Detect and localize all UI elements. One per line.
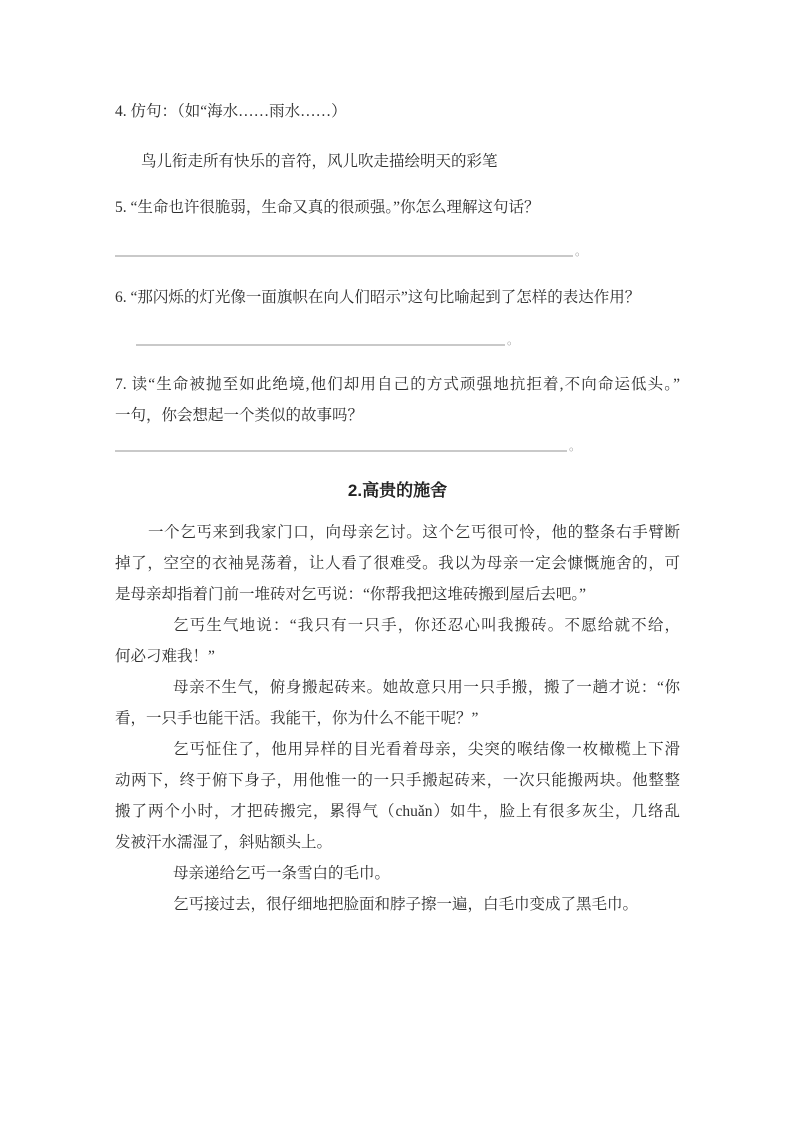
paragraph-line: 看，一只手也能干活。我能干，你为什么不能干呢？”: [115, 703, 680, 734]
passage-paragraph-2: 乞丐生气地说：“我只有一只手，你还忍心叫我搬砖。不愿给就不给， 何必刁难我！”: [115, 610, 680, 672]
paragraph-line: 动两下，终于俯下身子，用他惟一的一只手搬起砖来，一次只能搬两块。他整整: [115, 765, 680, 796]
question-4: 4. 仿句：（如“海水……雨水……）: [115, 96, 680, 127]
paragraph-line: 何必刁难我！”: [115, 641, 680, 672]
passage-paragraph-5: 母亲递给乞丐一条雪白的毛巾。: [115, 858, 680, 889]
paragraph-line: 乞丐怔住了，他用异样的目光看着母亲，尖突的喉结像一枚橄榄上下滑: [115, 734, 680, 765]
paragraph-line: 是母亲却指着门前一堆砖对乞丐说：“你帮我把这堆砖搬到屋后去吧。”: [115, 579, 680, 610]
answer-blank-1: 。: [115, 236, 680, 268]
paragraph-line: 乞丐接过去，很仔细地把脸面和脖子擦一遍，白毛巾变成了黑毛巾。: [115, 889, 680, 920]
answer-blank-period: 。: [507, 333, 519, 347]
question-4-example: 鸟儿衔走所有快乐的音符，风儿吹走描绘明天的彩笔: [115, 146, 680, 177]
answer-blank-period: 。: [575, 244, 587, 258]
paragraph-line: 乞丐生气地说：“我只有一只手，你还忍心叫我搬砖。不愿给就不给，: [115, 610, 680, 641]
question-6: 6. “那闪烁的灯光像一面旗帜在向人们昭示”这句比喻起到了怎样的表达作用？: [115, 282, 680, 313]
answer-rule: [115, 242, 573, 257]
passage-paragraph-3: 母亲不生气，俯身搬起砖来。她故意只用一只手搬，搬了一趟才说：“你 看，一只手也能…: [115, 672, 680, 734]
passage-paragraph-4: 乞丐怔住了，他用异样的目光看着母亲，尖突的喉结像一枚橄榄上下滑 动两下，终于俯下…: [115, 734, 680, 858]
answer-rule: [136, 331, 505, 346]
question-7-line-2: 一句，你会想起一个类似的故事吗？: [115, 400, 680, 431]
question-5: 5. “生命也许很脆弱，生命又真的很顽强。”你怎么理解这句话？: [115, 192, 680, 223]
question-7: 7. 读“生命被抛至如此绝境,他们却用自己的方式顽强地抗拒着,不向命运低头。” …: [115, 369, 680, 431]
paragraph-line: 母亲不生气，俯身搬起砖来。她故意只用一只手搬，搬了一趟才说：“你: [115, 672, 680, 703]
passage-paragraph-6: 乞丐接过去，很仔细地把脸面和脖子擦一遍，白毛巾变成了黑毛巾。: [115, 889, 680, 920]
question-7-line-1: 7. 读“生命被抛至如此绝境,他们却用自己的方式顽强地抗拒着,不向命运低头。”: [115, 369, 680, 400]
paragraph-line: 母亲递给乞丐一条雪白的毛巾。: [115, 858, 680, 889]
passage-title: 2.高贵的施舍: [115, 475, 680, 506]
answer-blank-period: 。: [569, 439, 581, 453]
answer-blank-2: 。: [115, 325, 680, 357]
paragraph-line: 一个乞丐来到我家门口，向母亲乞讨。这个乞丐很可怜，他的整条右手臂断: [115, 517, 680, 548]
passage-paragraph-1: 一个乞丐来到我家门口，向母亲乞讨。这个乞丐很可怜，他的整条右手臂断 掉了，空空的…: [115, 517, 680, 610]
document-page: 4. 仿句：（如“海水……雨水……） 鸟儿衔走所有快乐的音符，风儿吹走描绘明天的…: [0, 0, 793, 1122]
paragraph-line: 掉了，空空的衣袖晃荡着，让人看了很难受。我以为母亲一定会慷慨施舍的，可: [115, 548, 680, 579]
answer-rule: [115, 437, 567, 452]
paragraph-line: 发被汗水濡湿了，斜贴额头上。: [115, 827, 680, 858]
paragraph-line: 搬了两个小时，才把砖搬完，累得气（chuǎn）如牛，脸上有很多灰尘，几络乱: [115, 796, 680, 827]
answer-blank-3: 。: [115, 431, 680, 463]
